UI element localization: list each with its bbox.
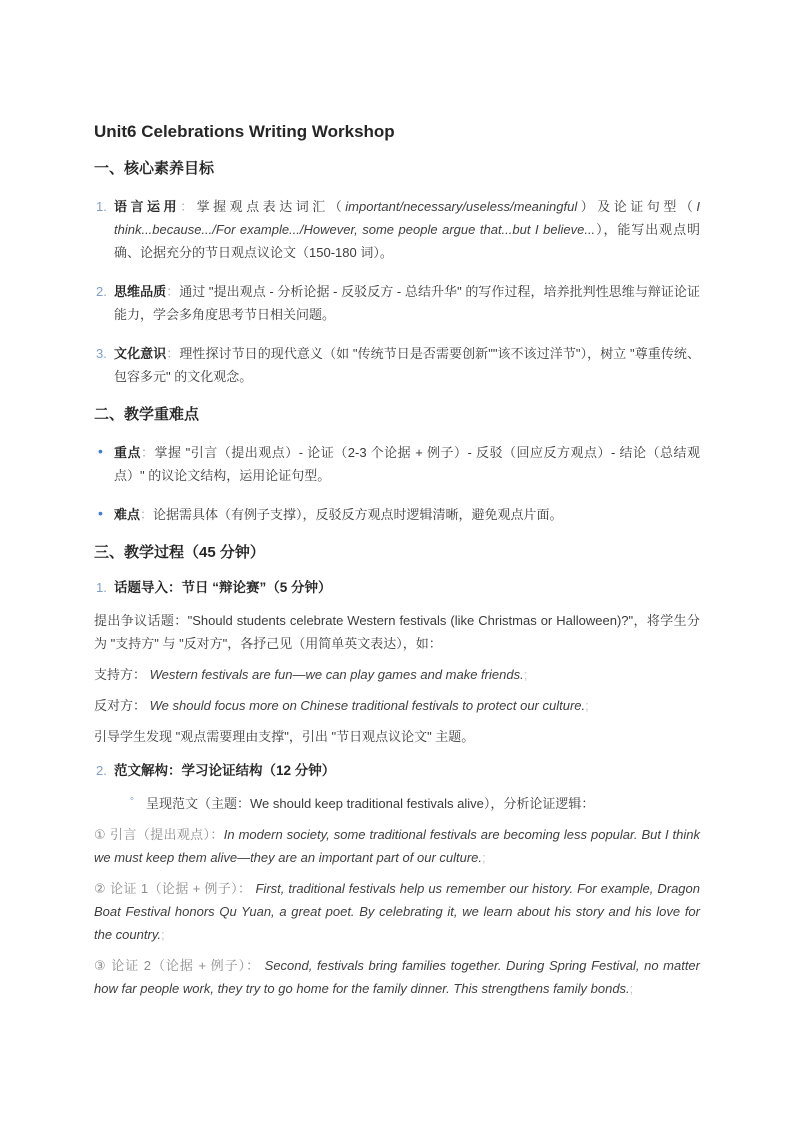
section-heading-core-goals: 一、核心素养目标 <box>94 158 700 179</box>
list-item-key-point: • 重点：掌握 "引言（提出观点）- 论证（2-3 个论据 + 例子）- 反驳（… <box>94 441 700 487</box>
list-number: 2. <box>96 280 107 303</box>
list-item-thinking-quality: 2. 思维品质：通过 "提出观点 - 分析论据 - 反驳反方 - 总结升华" 的… <box>94 280 700 326</box>
model-text-sublist: ◦ 呈现范文（主题：We should keep traditional fes… <box>94 792 700 815</box>
paragraph-debate-topic: 提出争议话题："Should students celebrate Wester… <box>94 609 700 655</box>
list-item-text: 思维品质：通过 "提出观点 - 分析论据 - 反驳反方 - 总结升华" 的写作过… <box>114 284 700 322</box>
paragraph-guide-discovery: 引导学生发现 "观点需要理由支撑"，引出 "节日观点议论文" 主题。 <box>94 725 700 748</box>
step-title: 范文解构：学习论证结构（12 分钟） <box>114 763 335 778</box>
paragraph-argument-2: ③ 论证 2（论据 + 例子）： Second, festivals bring… <box>94 954 700 1000</box>
key-points-list: • 重点：掌握 "引言（提出观点）- 论证（2-3 个论据 + 例子）- 反驳（… <box>94 441 700 526</box>
paragraph-introduction-point: ① 引言（提出观点）：In modern society, some tradi… <box>94 823 700 869</box>
list-number: 1. <box>96 195 107 218</box>
document-page: Unit6 Celebrations Writing Workshop 一、核心… <box>0 0 794 1123</box>
section-heading-teaching-process: 三、教学过程（45 分钟） <box>94 542 700 563</box>
list-item-language-use: 1. 语言运用：掌握观点表达词汇（important/necessary/use… <box>94 195 700 264</box>
paragraph-argument-1: ② 论证 1（论据 + 例子）： First, traditional fest… <box>94 877 700 946</box>
bullet-icon: • <box>98 440 103 463</box>
list-item-present-model-text: ◦ 呈现范文（主题：We should keep traditional fes… <box>124 792 700 815</box>
list-number: 1. <box>96 579 107 597</box>
list-number: 2. <box>96 762 107 780</box>
list-item-difficult-point: • 难点：论据需具体（有例子支撑），反驳反方观点时逻辑清晰，避免观点片面。 <box>94 503 700 526</box>
paragraph-supporting-side: 支持方： Western festivals are fun—we can pl… <box>94 663 700 686</box>
list-item-text: 呈现范文（主题：We should keep traditional festi… <box>146 796 594 811</box>
list-number: 3. <box>96 342 107 365</box>
paragraph-opposing-side: 反对方： We should focus more on Chinese tra… <box>94 694 700 717</box>
step-heading-topic-lead-in: 1. 话题导入：节日 “辩论赛”（5 分钟） <box>94 579 700 597</box>
step-heading-model-text-analysis: 2. 范文解构：学习论证结构（12 分钟） <box>94 762 700 780</box>
step-title: 话题导入：节日 “辩论赛”（5 分钟） <box>114 580 332 595</box>
list-item-cultural-awareness: 3. 文化意识：理性探讨节日的现代意义（如 "传统节日是否需要创新""该不该过洋… <box>94 342 700 388</box>
list-item-text: 语言运用：掌握观点表达词汇（important/necessary/useles… <box>114 199 700 260</box>
bullet-icon: • <box>98 502 103 525</box>
list-item-text: 重点：掌握 "引言（提出观点）- 论证（2-3 个论据 + 例子）- 反驳（回应… <box>114 445 700 483</box>
sub-bullet-icon: ◦ <box>130 788 134 811</box>
core-goals-list: 1. 语言运用：掌握观点表达词汇（important/necessary/use… <box>94 195 700 388</box>
section-heading-key-difficult-points: 二、教学重难点 <box>94 404 700 425</box>
list-item-text: 文化意识：理性探讨节日的现代意义（如 "传统节日是否需要创新""该不该过洋节"）… <box>114 346 700 384</box>
document-title: Unit6 Celebrations Writing Workshop <box>94 120 700 143</box>
list-item-text: 难点：论据需具体（有例子支撑），反驳反方观点时逻辑清晰，避免观点片面。 <box>114 507 563 522</box>
